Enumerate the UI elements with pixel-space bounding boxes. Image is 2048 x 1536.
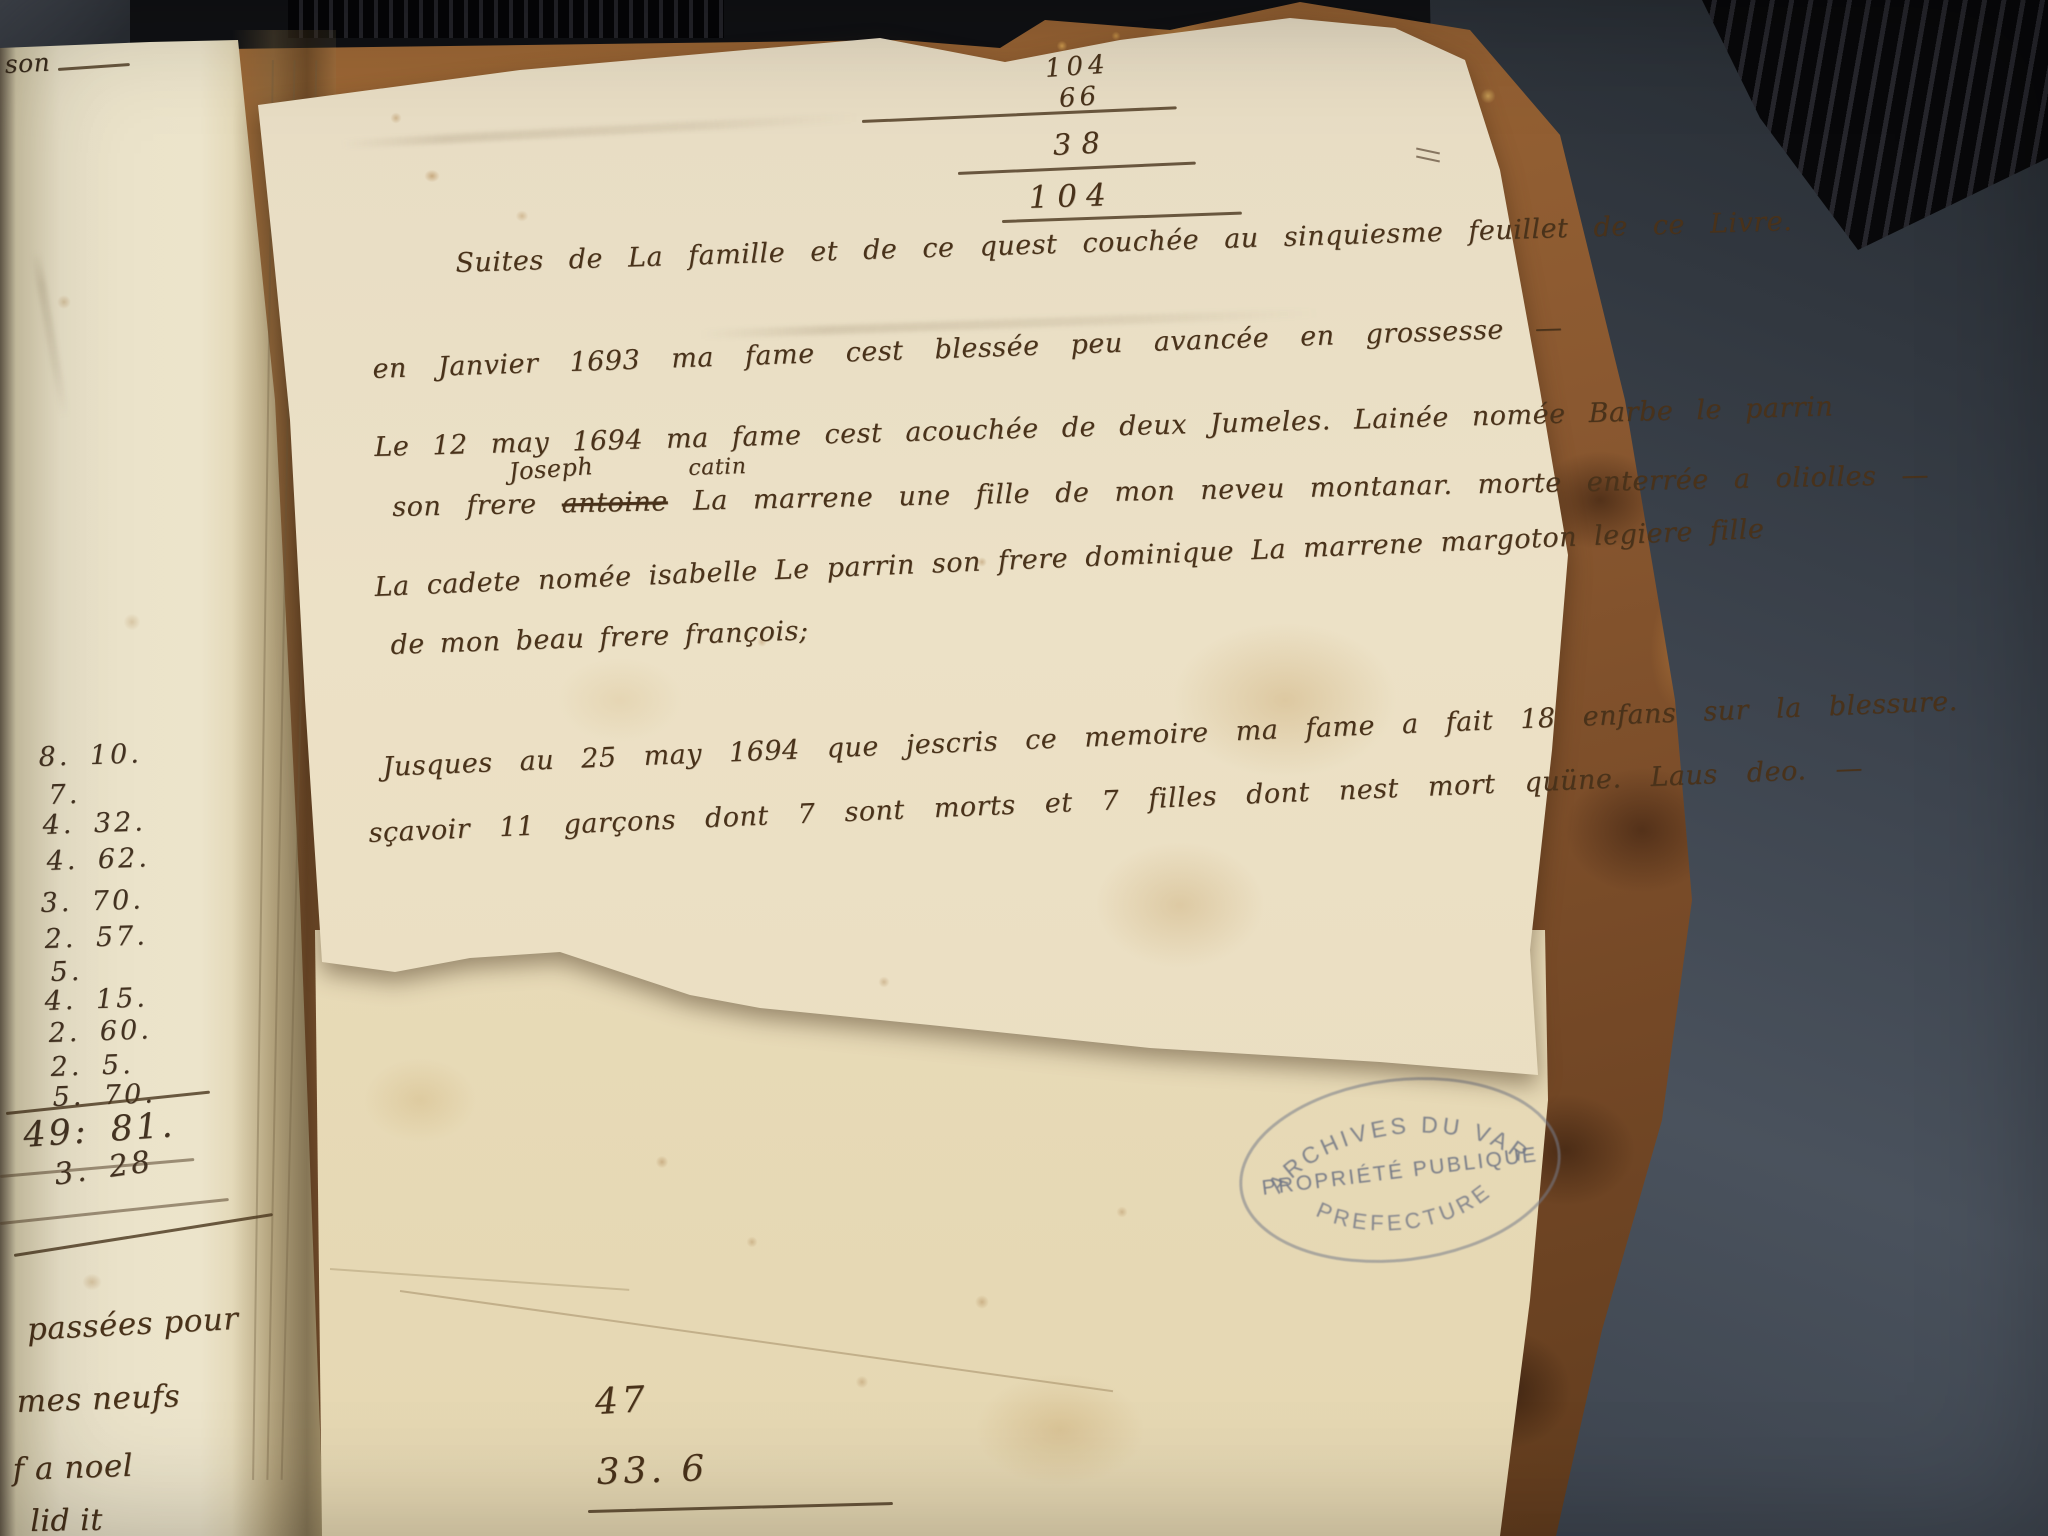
arithmetic-value: 104 [1044, 49, 1111, 83]
arithmetic-value: 38 [1052, 125, 1111, 162]
entry-1694-line-2-prefix: son frere [392, 488, 562, 523]
arithmetic-value: 104 [1028, 177, 1115, 216]
struck-word: antoine [561, 486, 668, 519]
correction-joseph: Joseph [508, 452, 594, 486]
correction-catin: catin [688, 454, 747, 481]
manuscript-photo: son 8. 10. 7. 4. 32. 4. 62. 3. 70. 2. 57… [0, 0, 2048, 1536]
